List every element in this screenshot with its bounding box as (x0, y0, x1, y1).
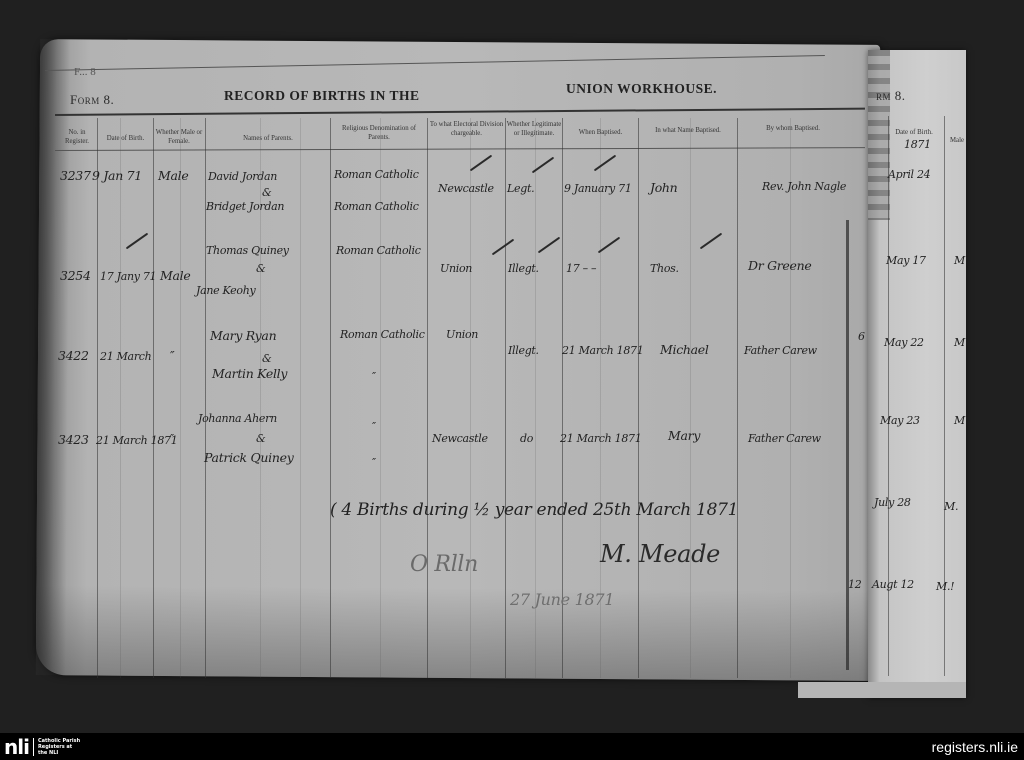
column-divider (638, 118, 639, 678)
religion-father: ″ (372, 420, 376, 433)
right-year: 1871 (904, 138, 931, 151)
column-divider (330, 118, 331, 678)
baptised-by: Dr Greene (748, 258, 811, 273)
page-edge-strip (798, 682, 966, 698)
right-sex-mark: M. (944, 500, 958, 513)
logo-text: Catholic Parish Registers at the NLI (38, 738, 80, 756)
column-header-religion: Religious Denomination of Parents. (331, 124, 427, 142)
religion-mother: ″ (372, 456, 376, 469)
footer-bar: nli Catholic Parish Registers at the NLI… (0, 733, 1024, 760)
legitimacy: Illegt. (508, 262, 539, 275)
ruling-line (120, 118, 121, 678)
mother-name: Jane Keohy (196, 284, 255, 297)
sex: ″ (170, 432, 174, 445)
religion-father: Roman Catholic (336, 244, 421, 257)
when-baptised: 9 January 71 (564, 182, 632, 195)
when-baptised: 21 March 1871 (562, 344, 643, 357)
baptised-by: Rev. John Nagle (762, 180, 846, 193)
column-divider (153, 118, 154, 678)
column-header-legitimacy: Whether Legitimate or Illegitimate. (506, 120, 562, 138)
column-header-date-of-birth: Date of Birth. (98, 134, 153, 143)
baptised-name: Thos. (650, 262, 679, 275)
baptised-name: Michael (660, 342, 709, 357)
father-name: Mary Ryan (210, 328, 276, 343)
column-header-sex: Whether Male or Female. (154, 128, 204, 146)
baptised-name: Mary (668, 428, 700, 443)
register-number: 3237 (60, 168, 91, 183)
ampersand: & (262, 352, 272, 365)
sex: ″ (170, 348, 174, 363)
record-title: RECORD OF BIRTHS IN THE (224, 88, 420, 104)
register-number: 3423 (58, 432, 89, 447)
mother-name: Patrick Quiney (204, 450, 293, 465)
mother-name: Bridget Jordan (206, 200, 284, 213)
ruling-line (300, 118, 301, 678)
baptised-name: John (650, 180, 677, 195)
ampersand: & (256, 262, 266, 275)
religion-father: Roman Catholic (340, 328, 425, 341)
column-header-when-baptised: When Baptised. (563, 128, 638, 137)
torn-edge (868, 50, 890, 220)
ruling-line (790, 118, 791, 678)
electoral-division: Newcastle (438, 182, 494, 195)
right-sex-mark: M (954, 336, 965, 349)
ampersand: & (262, 186, 272, 199)
page-fold-line (846, 220, 849, 670)
signature: M. Meade (600, 540, 720, 568)
baptised-by: Father Carew (744, 344, 817, 357)
column-header-parents: Names of Parents. (206, 134, 330, 143)
logo-text-line: the NLI (38, 750, 58, 756)
pencil-date: 27 June 1871 (510, 590, 614, 609)
column-header-division: To what Electoral Division chargeable. (428, 120, 505, 138)
birth-date: 21 March 1871 (96, 434, 177, 447)
register-number: 3422 (58, 348, 89, 363)
column-divider (97, 118, 98, 678)
ampersand: & (256, 432, 266, 445)
father-name: Thomas Quiney (206, 244, 289, 257)
right-date: May 22 (884, 336, 924, 349)
pencil-initials: O Rlln (410, 552, 478, 577)
image-viewer[interactable]: F... 8 Form 8. RECORD OF BIRTHS IN THE U… (0, 0, 1024, 733)
site-url-link[interactable]: registers.nli.ie (932, 739, 1018, 755)
ruling-line (470, 118, 471, 678)
workhouse-title: UNION WORKHOUSE. (566, 81, 717, 97)
column-header-register-no: No. in Register. (58, 128, 96, 146)
nli-logo[interactable]: nli Catholic Parish Registers at the NLI (4, 737, 80, 757)
ruling-line (690, 118, 691, 678)
right-sex-mark: M.! (936, 580, 954, 593)
right-sex-mark: M (954, 414, 965, 427)
right-sex-mark: M (954, 254, 965, 267)
form-number: Form 8. (70, 92, 114, 108)
sex: Male (160, 268, 190, 283)
right-date: Augt 12 (872, 578, 914, 591)
electoral-division: Union (440, 262, 472, 275)
right-date: May 17 (886, 254, 926, 267)
religion-mother: ″ (372, 370, 376, 383)
margin-mark: 6 (858, 330, 865, 343)
mother-name: Martin Kelly (212, 366, 287, 381)
religion-mother: Roman Catholic (334, 200, 419, 213)
right-date: May 23 (880, 414, 920, 427)
legitimacy: Legt. (507, 182, 534, 195)
right-date: July 28 (874, 496, 911, 509)
legitimacy: do (520, 432, 533, 445)
nli-logo-mark: nli (4, 737, 29, 757)
column-divider (427, 118, 428, 678)
faded-form-label: F... 8 (74, 66, 96, 78)
religion-father: Roman Catholic (334, 168, 419, 181)
electoral-division: Union (446, 328, 478, 341)
legitimacy: Illegt. (508, 344, 539, 357)
right-form-number: rm 8. (876, 88, 906, 104)
right-column-header-date: Date of Birth. (892, 128, 936, 137)
summary-note: ( 4 Births during ½ year ended 25th Marc… (330, 500, 738, 520)
column-divider (505, 118, 506, 678)
column-header-baptised-name: In what Name Baptised. (639, 126, 737, 135)
logo-divider (33, 738, 34, 756)
when-baptised: 17 – – (566, 262, 596, 275)
margin-number: 12 (848, 578, 861, 591)
right-date: April 24 (888, 168, 930, 181)
father-name: Johanna Ahern (198, 412, 277, 425)
ruling-line (180, 118, 181, 678)
father-name: David Jordan (208, 170, 277, 183)
sex: Male (158, 168, 188, 183)
register-number: 3254 (60, 268, 91, 283)
birth-date: 17 Jany 71 (100, 270, 156, 283)
right-column-header-sex: Male (948, 136, 966, 145)
when-baptised: 21 March 1871 (560, 432, 641, 445)
column-divider (888, 116, 889, 676)
column-divider (737, 118, 738, 678)
column-header-baptised-by: By whom Baptised. (738, 124, 848, 133)
birth-date: 21 March (100, 350, 151, 363)
electoral-division: Newcastle (432, 432, 488, 445)
baptised-by: Father Carew (748, 432, 821, 445)
birth-date: 9 Jan 71 (92, 168, 142, 183)
